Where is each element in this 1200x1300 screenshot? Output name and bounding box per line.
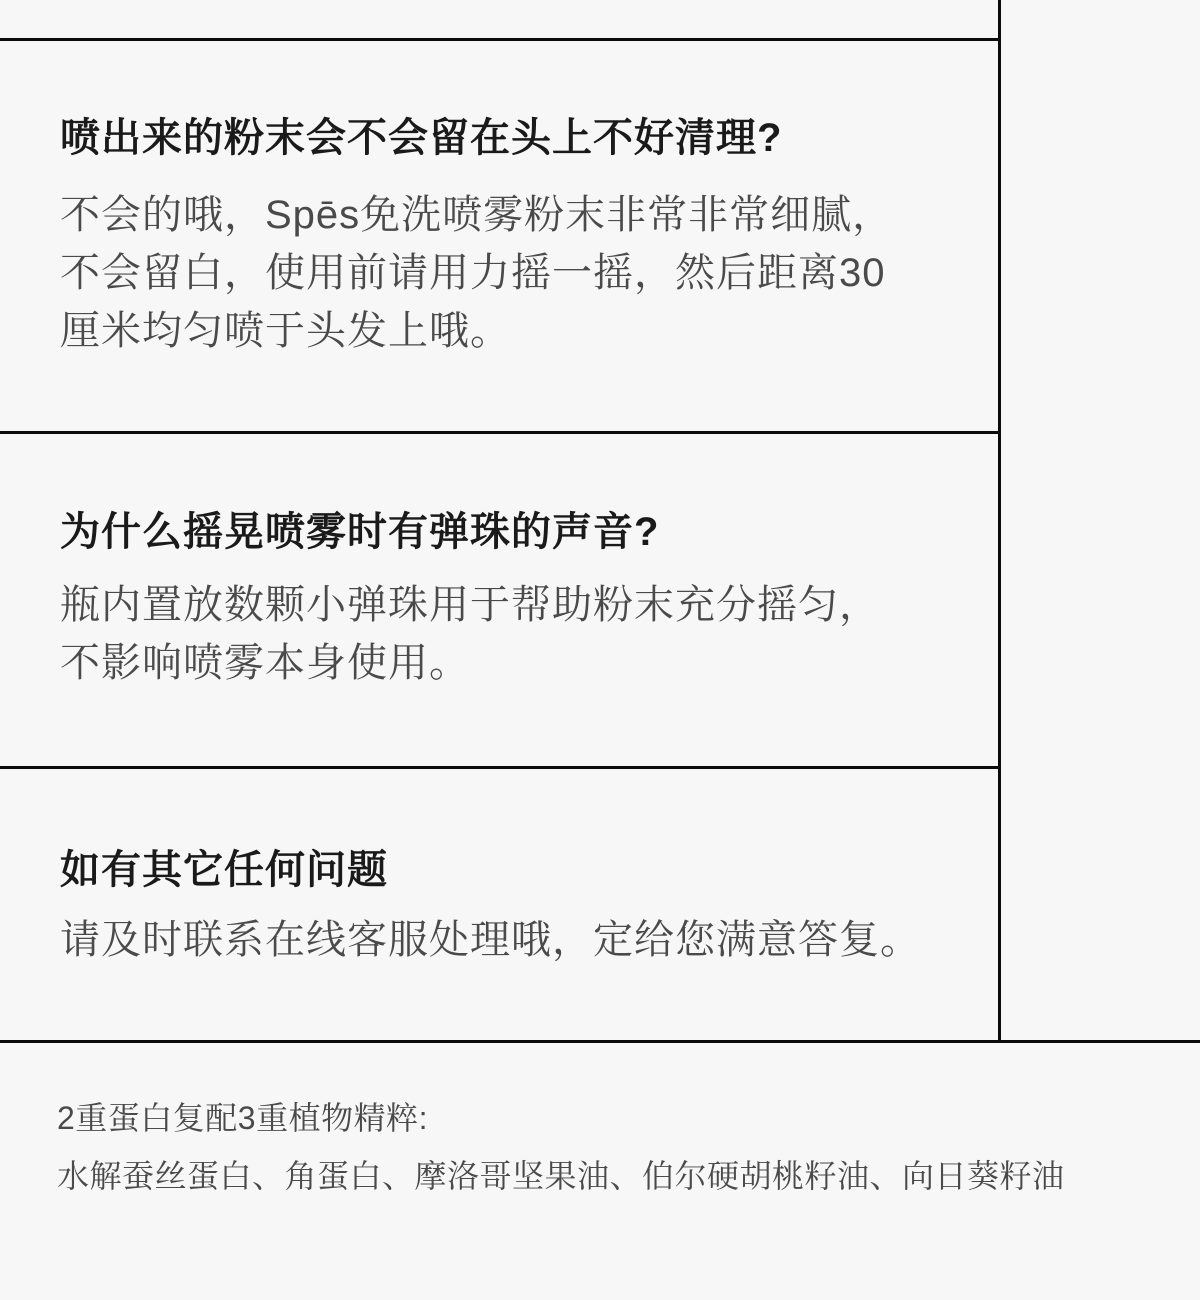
- faq-answer: 请及时联系在线客服处理哦，定给您满意答复。: [60, 911, 921, 969]
- divider-section-1: [0, 431, 1000, 434]
- faq-answer: 瓶内置放数颗小弹珠用于帮助粉末充分摇匀， 不影响喷雾本身使用。: [60, 576, 880, 692]
- faq-answer-line: 不影响喷雾本身使用。: [60, 634, 880, 692]
- divider-bottom: [0, 1040, 1200, 1043]
- faq-question: 为什么摇晃喷雾时有弹珠的声音?: [60, 508, 659, 556]
- faq-answer: 不会的哦，Spēs免洗喷雾粉末非常非常细腻， 不会留白，使用前请用力摇一摇，然后…: [60, 186, 893, 360]
- faq-answer-line: 厘米均匀喷于头发上哦。: [60, 302, 893, 360]
- divider-section-2: [0, 766, 1000, 769]
- ingredients-list: 水解蚕丝蛋白、角蛋白、摩洛哥坚果油、伯尔硬胡桃籽油、向日葵籽油: [57, 1154, 1065, 1198]
- divider-top: [0, 38, 1000, 41]
- faq-question: 喷出来的粉末会不会留在头上不好清理?: [60, 114, 782, 162]
- faq-answer-line: 请及时联系在线客服处理哦，定给您满意答复。: [60, 911, 921, 969]
- faq-answer-line: 瓶内置放数颗小弹珠用于帮助粉末充分摇匀，: [60, 576, 880, 634]
- faq-answer-line: 不会的哦，Spēs免洗喷雾粉末非常非常细腻，: [60, 186, 893, 244]
- ingredients-heading: 2重蛋白复配3重植物精粹:: [57, 1096, 428, 1140]
- faq-answer-line: 不会留白，使用前请用力摇一摇，然后距离30: [60, 244, 893, 302]
- faq-question: 如有其它任何问题: [60, 846, 388, 894]
- vertical-divider: [998, 0, 1001, 1043]
